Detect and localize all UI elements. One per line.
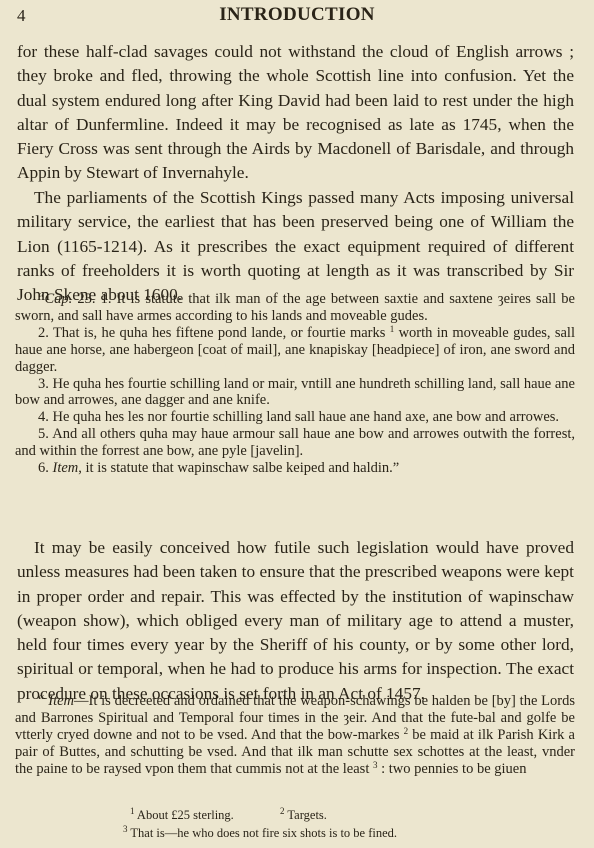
quote-item-6-num: 6. [38, 460, 53, 476]
book-page: 4 INTRODUCTION for these half-clad savag… [0, 0, 594, 848]
paragraph-3: It may be easily conceived how futile su… [17, 536, 574, 706]
quote-item-4: 4. He quha hes les nor fourtie schilling… [15, 409, 575, 426]
quote-item-6: 6. Item, it is statute that wapinschaw s… [15, 460, 575, 477]
running-head: INTRODUCTION [0, 4, 594, 26]
paragraph-1: for these half-clad savages could not wi… [17, 40, 574, 186]
cap-label: Cap. [44, 291, 72, 307]
quote-item-1: “Cap. 23. 1. It is statute that ilk man … [15, 291, 575, 325]
quote-1457-text-c: : two pennies to be giuen [377, 761, 526, 777]
footnote-1-text: About £25 sterling. [135, 808, 234, 822]
quote-item-6-text: , it is statute that wapinschaw salbe ke… [78, 460, 399, 476]
footnote-2: 2 Targets. [280, 808, 327, 823]
quote-item-3: 3. He quha hes fourtie schilling land or… [15, 376, 575, 410]
quote-item-2: 2. That is, he quha hes fiftene pond lan… [15, 325, 575, 376]
item-label: Item [48, 693, 74, 709]
open-quote: “ [38, 693, 48, 709]
footnote-2-text: Targets. [285, 808, 327, 822]
footnote-3-text: That is—he who does not fire six shots i… [128, 826, 398, 840]
paragraph-2-text: The parliaments of the Scottish Kings pa… [17, 186, 574, 307]
paragraph-3-text: It may be easily conceived how futile su… [17, 536, 574, 706]
statute-quote-william-the-lion: “Cap. 23. 1. It is statute that ilk man … [15, 291, 575, 477]
quote-item-5: 5. And all others quha may haue armour s… [15, 426, 575, 460]
item-label: Item [53, 460, 79, 476]
footnote-1: 1 About £25 sterling. [130, 808, 234, 823]
paragraph-2: The parliaments of the Scottish Kings pa… [17, 186, 574, 307]
quote-item-1-text: 23. 1. It is statute that ilk man of the… [15, 291, 575, 324]
quote-1457-text: “ Item—It is decreeted and ordained that… [15, 693, 575, 778]
footnote-3: 3 That is—he who does not fire six shots… [123, 826, 397, 841]
quote-item-2-text-a: 2. That is, he quha hes fiftene pond lan… [38, 325, 390, 341]
statute-quote-1457: “ Item—It is decreeted and ordained that… [15, 693, 575, 778]
